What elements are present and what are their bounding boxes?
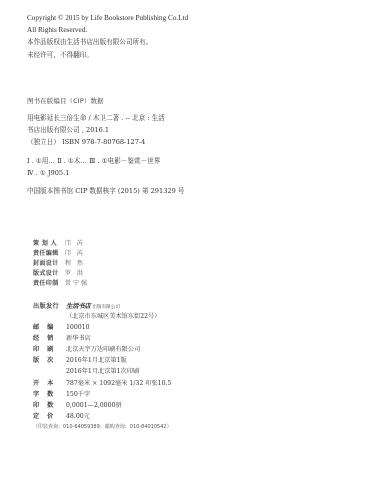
credit-label: 封面设计	[33, 260, 65, 268]
publisher-label: 出版发行	[33, 303, 66, 311]
publisher-address-row: （北京市东城区美术馆东街22号）	[33, 313, 161, 321]
cip-record-number: 中国版本图书馆 CIP 数据核字 (2015) 第 291329 号	[27, 187, 184, 196]
credit-label: 版式设计	[33, 270, 65, 278]
pub-label: 版次	[33, 357, 66, 365]
credit-label: 策 划 人	[33, 240, 65, 248]
pub-row-format: 开本787毫米 × 1092毫米 1/32 印张10.5	[33, 380, 171, 388]
pub-label: 经销	[33, 335, 66, 343]
cip-title: 图书在版编目（CIP）数据	[27, 97, 104, 106]
pub-value: 48.00元	[66, 413, 90, 421]
credit-row-cover-design: 封面设计程 然	[33, 260, 85, 268]
publisher-address: （北京市东城区美术馆东街22号）	[66, 313, 161, 321]
pub-row-edition: 版次2016年1月北京第1版	[33, 357, 127, 365]
pub-row-price: 定价48.00元	[33, 413, 90, 421]
pub-row-distributor: 经销新华书店	[33, 335, 91, 343]
credit-value: 程 然	[65, 260, 85, 268]
pub-label: 邮编	[33, 324, 66, 332]
pub-value: 100010	[66, 324, 90, 332]
rights-reserved: All Rights Reserved.	[27, 26, 87, 35]
credit-value: 常宁强	[65, 280, 89, 288]
pub-label: 字数	[33, 391, 66, 399]
pub-label: 开本	[33, 380, 66, 388]
credit-value: 邝 芮	[65, 250, 85, 258]
pub-value: 0,0001—2,0000册	[66, 402, 122, 410]
pub-row-printer: 印刷北京天宇万达印刷有限公司	[33, 346, 140, 354]
pub-value: 2016年1月北京第1次印刷	[66, 368, 139, 376]
publisher-logo: 生活书店	[66, 302, 90, 310]
credit-row-editor: 责任编辑邝 芮	[33, 250, 85, 258]
cip-subject-line-2: Ⅳ . ① J905.1	[27, 169, 69, 178]
copyright-page: Copyright © 2015 by Life Bookstore Publi…	[0, 0, 375, 480]
copyright-notice: Copyright © 2015 by Life Bookstore Publi…	[27, 14, 188, 23]
credit-value: 邝 芮	[65, 240, 85, 248]
credit-row-print-supervisor: 责任印制常宁强	[33, 280, 89, 288]
pub-row-postcode: 邮编100010	[33, 324, 90, 332]
pub-value: 北京天宇万达印刷有限公司	[66, 346, 140, 354]
pub-row-word-count: 字数150千字	[33, 391, 90, 399]
pub-label: 印刷	[33, 346, 66, 354]
credit-value: 罗 洪	[65, 270, 85, 278]
credit-row-layout-design: 版式设计罗 洪	[33, 270, 85, 278]
pub-value: 150千字	[66, 391, 90, 399]
pub-value: 787毫米 × 1092毫米 1/32 印张10.5	[66, 380, 171, 388]
pub-row-printing: 2016年1月北京第1次印刷	[33, 368, 139, 376]
pub-value: 2016年1月北京第1版	[66, 357, 127, 365]
copyright-owner: 本作品版权由生活书店出版有限公司所有。	[27, 38, 152, 47]
cip-entry-line-1: 用电影延长三倍生命 / 木卫二著 . -- 北京 : 生活	[27, 114, 165, 123]
credit-row-planner: 策 划 人邝 芮	[33, 240, 85, 248]
cip-subject-line-1: Ⅰ . ①用… Ⅱ . ①木… Ⅲ . ①电影－鉴赏－世界	[27, 157, 160, 166]
pub-value: 新华书店	[66, 335, 91, 343]
pub-row-print-run: 印数0,0001—2,0000册	[33, 402, 122, 410]
inquiry-contact-note: （印装查询：010-64059389；邮购查询：010-84010542）	[33, 424, 172, 431]
cip-isbn-line: （独立日） ISBN 978-7-80768-127-4	[27, 138, 145, 147]
no-reproduction-notice: 未经许可，不得翻印。	[27, 51, 93, 60]
cip-entry-line-2: 书店出版有限公司 , 2016.1	[27, 126, 109, 135]
publisher-suffix: 出版有限公司	[92, 305, 120, 310]
credit-label: 责任编辑	[33, 250, 65, 258]
pub-label: 印数	[33, 402, 66, 410]
credit-label: 责任印制	[33, 280, 65, 288]
pub-label: 定价	[33, 413, 66, 421]
publisher-row: 出版发行生活书店出版有限公司	[33, 302, 120, 312]
